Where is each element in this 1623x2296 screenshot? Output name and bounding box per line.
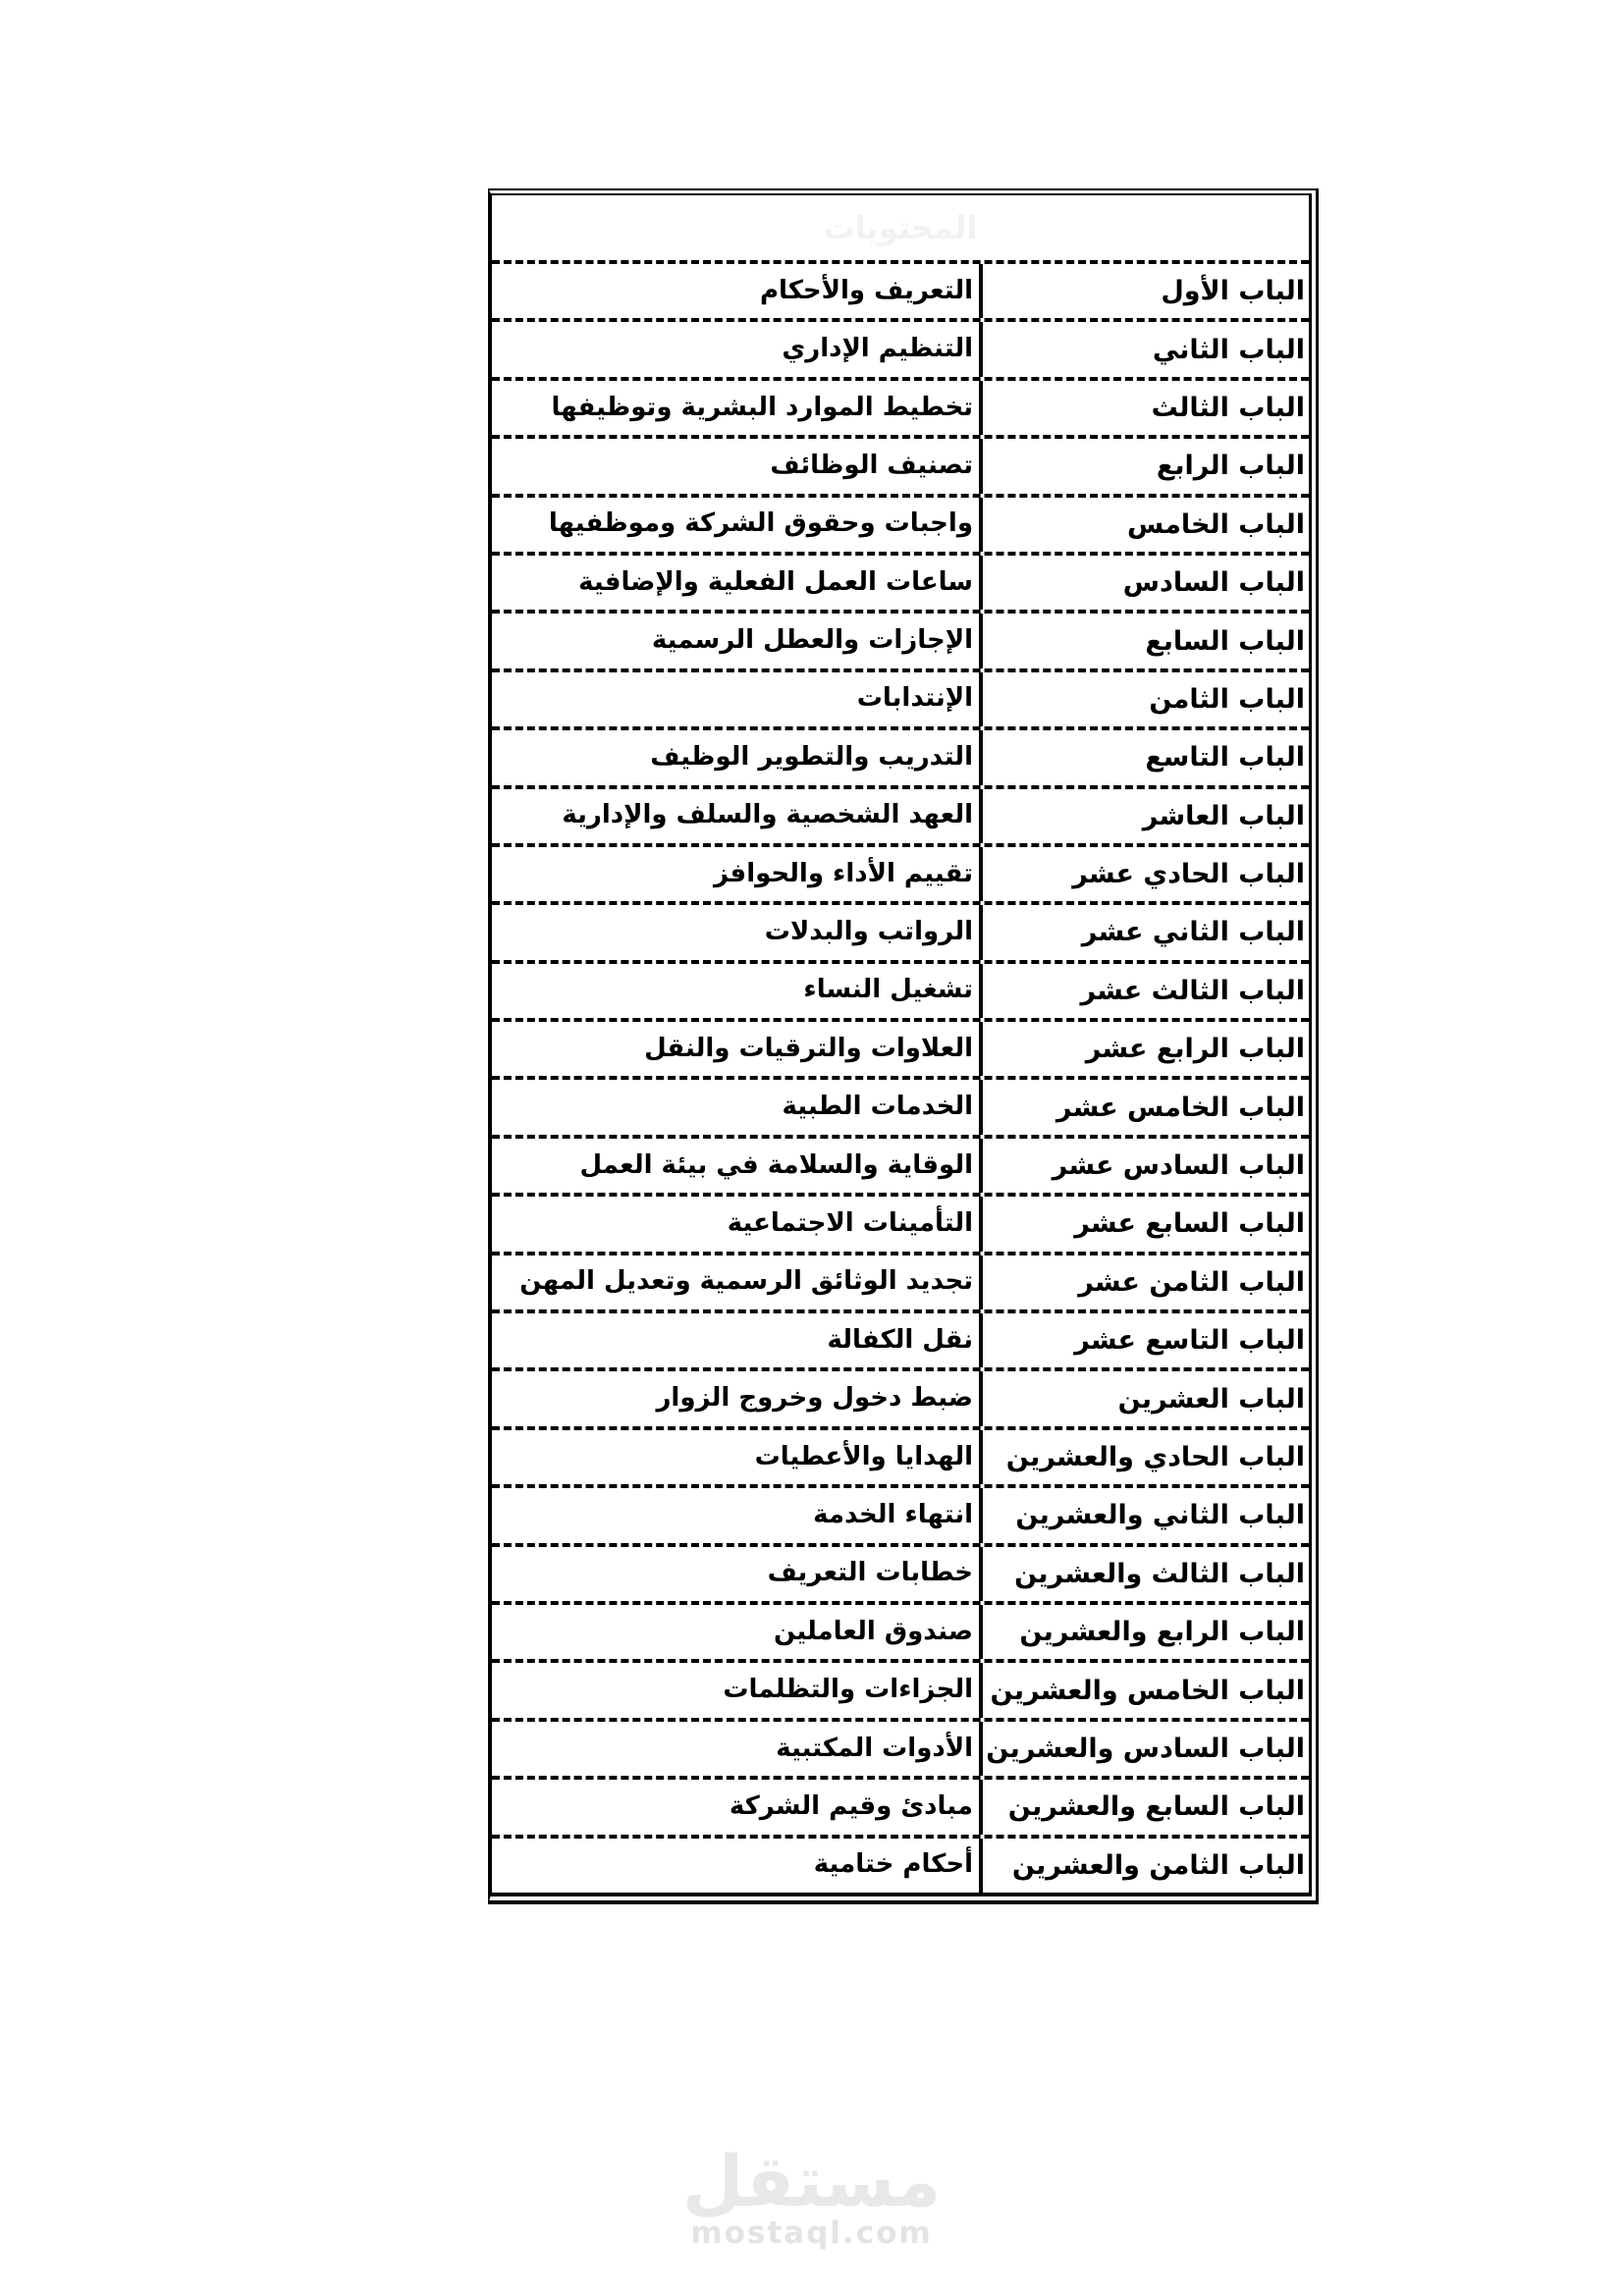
chapter-title-text: خطابات التعريف <box>768 1559 973 1588</box>
chapter-title-text: التأمينات الاجتماعية <box>728 1209 973 1239</box>
table-row: انتهاء الخدمة الباب الثاني والعشرين <box>492 1484 1309 1542</box>
chapter-name-text: الباب الثامن عشر <box>1078 1267 1305 1298</box>
chapter-title-text: الرواتب والبدلات <box>765 918 973 947</box>
chapter-title-cell: العهد الشخصية والسلف والإدارية <box>492 789 983 843</box>
chapter-title-cell: تقييم الأداء والحوافز <box>492 847 983 901</box>
table-row: الإجازات والعطل الرسمية الباب السابع <box>492 610 1309 667</box>
chapter-name-cell: الباب العشرين <box>983 1371 1309 1425</box>
chapter-name-cell: الباب الثامن عشر <box>983 1255 1309 1309</box>
chapter-title-cell: انتهاء الخدمة <box>492 1488 983 1542</box>
chapter-name-text: الباب السابع <box>1145 626 1305 657</box>
chapter-title-text: التعريف والأحكام <box>760 277 973 306</box>
chapter-title-text: نقل الكفالة <box>827 1326 973 1356</box>
chapter-name-cell: الباب السابع عشر <box>983 1197 1309 1251</box>
chapter-name-cell: الباب الثالث والعشرين <box>983 1547 1309 1601</box>
chapter-name-text: الباب السادس والعشرين <box>986 1734 1305 1764</box>
table-row: تقييم الأداء والحوافز الباب الحادي عشر <box>492 843 1309 901</box>
chapter-title-cell: الرواتب والبدلات <box>492 905 983 959</box>
chapter-name-text: الباب الثالث <box>1152 393 1305 423</box>
chapter-title-cell: واجبات وحقوق الشركة وموظفيها <box>492 498 983 552</box>
chapter-name-text: الباب الرابع والعشرين <box>1019 1617 1305 1647</box>
chapter-title-cell: مبادئ وقيم الشركة <box>492 1780 983 1834</box>
chapter-title-text: ضبط دخول وخروج الزوار <box>656 1384 973 1414</box>
chapter-name-cell: الباب الخامس عشر <box>983 1080 1309 1134</box>
chapter-name-text: الباب التاسع <box>1145 742 1305 773</box>
table-row: الهدايا والأعطيات الباب الحادي والعشرين <box>492 1426 1309 1484</box>
chapter-name-cell: الباب السادس والعشرين <box>983 1722 1309 1776</box>
chapter-title-text: الوقاية والسلامة في بيئة العمل <box>580 1151 973 1181</box>
document-page: المحتويات التعريف والأحكام الباب الأول ا… <box>0 0 1623 2296</box>
table-row: الجزاءات والتظلمات الباب الخامس والعشرين <box>492 1659 1309 1717</box>
chapter-title-cell: التنظيم الإداري <box>492 322 983 376</box>
chapter-title-text: التدريب والتطوير الوظيف <box>650 743 973 773</box>
table-row: العلاوات والترقيات والنقل الباب الرابع ع… <box>492 1018 1309 1076</box>
chapter-title-text: واجبات وحقوق الشركة وموظفيها <box>549 509 973 539</box>
chapter-title-cell: أحكام ختامية <box>492 1839 983 1893</box>
chapter-name-text: الباب الثالث عشر <box>1081 976 1305 1006</box>
table-row: ساعات العمل الفعلية والإضافية الباب السا… <box>492 552 1309 610</box>
table-row: الإنتدابات الباب الثامن <box>492 668 1309 726</box>
chapter-name-cell: الباب الرابع <box>983 439 1309 493</box>
chapter-name-text: الباب الخامس عشر <box>1056 1093 1305 1123</box>
toc-rows: التعريف والأحكام الباب الأول التنظيم الإ… <box>492 260 1309 1893</box>
chapter-title-text: تقييم الأداء والحوافز <box>714 860 973 889</box>
chapter-name-cell: الباب الثامن والعشرين <box>983 1839 1309 1893</box>
chapter-title-cell: الإنتدابات <box>492 672 983 726</box>
chapter-title-text: العهد الشخصية والسلف والإدارية <box>562 801 973 830</box>
table-row: مبادئ وقيم الشركة الباب السابع والعشرين <box>492 1776 1309 1834</box>
chapter-name-text: الباب الخامس والعشرين <box>991 1676 1305 1706</box>
chapter-title-text: تشغيل النساء <box>803 976 973 1005</box>
chapter-name-cell: الباب الحادي والعشرين <box>983 1430 1309 1484</box>
chapter-title-cell: نقل الكفالة <box>492 1313 983 1367</box>
table-row: أحكام ختامية الباب الثامن والعشرين <box>492 1835 1309 1893</box>
chapter-title-cell: تشغيل النساء <box>492 964 983 1018</box>
chapter-title-cell: خطابات التعريف <box>492 1547 983 1601</box>
chapter-name-cell: الباب التاسع <box>983 730 1309 784</box>
chapter-title-text: العلاوات والترقيات والنقل <box>644 1035 973 1064</box>
table-row: التنظيم الإداري الباب الثاني <box>492 318 1309 376</box>
chapter-name-text: الباب السادس عشر <box>1053 1150 1305 1181</box>
chapter-name-cell: الباب الثالث <box>983 381 1309 435</box>
chapter-name-cell: الباب الثامن <box>983 672 1309 726</box>
chapter-title-cell: تصنيف الوظائف <box>492 439 983 493</box>
chapter-title-text: تصنيف الوظائف <box>770 452 973 481</box>
table-row: صندوق العاملين الباب الرابع والعشرين <box>492 1601 1309 1659</box>
chapter-title-text: تجديد الوثائق الرسمية وتعديل المهن <box>519 1267 973 1297</box>
table-row: تشغيل النساء الباب الثالث عشر <box>492 960 1309 1018</box>
chapter-name-cell: الباب الرابع والعشرين <box>983 1605 1309 1659</box>
chapter-name-cell: الباب الحادي عشر <box>983 847 1309 901</box>
table-row: نقل الكفالة الباب التاسع عشر <box>492 1309 1309 1367</box>
chapter-title-cell: تخطيط الموارد البشرية وتوظيفها <box>492 381 983 435</box>
chapter-name-text: الباب الثاني والعشرين <box>1015 1500 1305 1530</box>
chapter-title-text: الخدمات الطبية <box>783 1093 973 1122</box>
chapter-name-text: الباب الأول <box>1161 276 1305 306</box>
chapter-title-cell: الهدايا والأعطيات <box>492 1430 983 1484</box>
table-row: الوقاية والسلامة في بيئة العمل الباب الس… <box>492 1135 1309 1193</box>
chapter-name-text: الباب التاسع عشر <box>1074 1325 1305 1356</box>
table-row: الخدمات الطبية الباب الخامس عشر <box>492 1076 1309 1134</box>
chapter-name-text: الباب الحادي عشر <box>1072 859 1305 889</box>
chapter-name-cell: الباب السابع والعشرين <box>983 1780 1309 1834</box>
chapter-title-text: صندوق العاملين <box>774 1618 973 1647</box>
chapter-name-cell: الباب التاسع عشر <box>983 1313 1309 1367</box>
chapter-title-cell: تجديد الوثائق الرسمية وتعديل المهن <box>492 1255 983 1309</box>
watermark-site-text: mostaql.com <box>0 2216 1623 2250</box>
chapter-name-text: الباب العشرين <box>1118 1384 1305 1415</box>
toc-header: المحتويات <box>492 195 1309 260</box>
chapter-name-cell: الباب السابع <box>983 614 1309 667</box>
table-row: الأدوات المكتبية الباب السادس والعشرين <box>492 1718 1309 1776</box>
chapter-title-text: أحكام ختامية <box>814 1850 973 1880</box>
chapter-name-text: الباب الثامن <box>1149 684 1305 715</box>
chapter-title-text: مبادئ وقيم الشركة <box>730 1792 973 1822</box>
chapter-title-cell: التأمينات الاجتماعية <box>492 1197 983 1251</box>
chapter-title-text: انتهاء الخدمة <box>813 1501 973 1530</box>
chapter-name-text: الباب الثاني <box>1153 335 1305 365</box>
table-row: التدريب والتطوير الوظيف الباب التاسع <box>492 726 1309 784</box>
chapter-name-cell: الباب الخامس والعشرين <box>983 1663 1309 1717</box>
chapter-name-text: الباب الثامن والعشرين <box>1012 1850 1305 1881</box>
chapter-title-text: تخطيط الموارد البشرية وتوظيفها <box>552 394 973 423</box>
chapter-name-cell: الباب الثاني <box>983 322 1309 376</box>
table-row: الرواتب والبدلات الباب الثاني عشر <box>492 901 1309 959</box>
watermark: مستقل mostaql.com <box>0 2146 1623 2250</box>
chapter-title-text: ساعات العمل الفعلية والإضافية <box>578 568 973 598</box>
chapter-title-text: الإنتدابات <box>857 684 973 714</box>
chapter-name-cell: الباب الثاني عشر <box>983 905 1309 959</box>
chapter-name-text: الباب السابع عشر <box>1074 1208 1305 1239</box>
chapter-title-cell: الخدمات الطبية <box>492 1080 983 1134</box>
toc-table: المحتويات التعريف والأحكام الباب الأول ا… <box>488 188 1319 1904</box>
chapter-title-cell: التعريف والأحكام <box>492 264 983 318</box>
chapter-title-cell: الأدوات المكتبية <box>492 1722 983 1776</box>
chapter-name-text: الباب العاشر <box>1143 801 1305 831</box>
chapter-name-cell: الباب السادس عشر <box>983 1139 1309 1193</box>
chapter-title-text: الأدوات المكتبية <box>776 1735 973 1764</box>
chapter-name-text: الباب الثاني عشر <box>1082 917 1305 947</box>
chapter-name-text: الباب السادس <box>1123 567 1305 598</box>
chapter-name-text: الباب الثالث والعشرين <box>1014 1559 1305 1589</box>
chapter-name-cell: الباب الثاني والعشرين <box>983 1488 1309 1542</box>
chapter-name-cell: الباب الأول <box>983 264 1309 318</box>
table-row: تخطيط الموارد البشرية وتوظيفها الباب الث… <box>492 377 1309 435</box>
chapter-title-cell: العلاوات والترقيات والنقل <box>492 1022 983 1076</box>
chapter-title-text: الجزاءات والتظلمات <box>723 1676 973 1705</box>
table-row: تجديد الوثائق الرسمية وتعديل المهن الباب… <box>492 1252 1309 1309</box>
chapter-title-cell: صندوق العاملين <box>492 1605 983 1659</box>
chapter-name-cell: الباب العاشر <box>983 789 1309 843</box>
chapter-name-cell: الباب الخامس <box>983 498 1309 552</box>
table-row: واجبات وحقوق الشركة وموظفيها الباب الخام… <box>492 494 1309 552</box>
chapter-title-cell: التدريب والتطوير الوظيف <box>492 730 983 784</box>
table-row: التعريف والأحكام الباب الأول <box>492 260 1309 318</box>
chapter-name-text: الباب الخامس <box>1127 509 1305 540</box>
chapter-name-text: الباب الرابع عشر <box>1086 1034 1305 1064</box>
chapter-title-text: التنظيم الإداري <box>782 335 973 364</box>
toc-header-title: المحتويات <box>824 209 978 246</box>
chapter-title-cell: الإجازات والعطل الرسمية <box>492 614 983 667</box>
chapter-name-text: الباب السابع والعشرين <box>1008 1791 1305 1822</box>
chapter-title-cell: الجزاءات والتظلمات <box>492 1663 983 1717</box>
chapter-title-cell: ساعات العمل الفعلية والإضافية <box>492 556 983 610</box>
chapter-name-text: الباب الحادي والعشرين <box>1006 1442 1305 1472</box>
chapter-name-text: الباب الرابع <box>1157 451 1305 481</box>
mostaql-logo: مستقل <box>0 2146 1623 2216</box>
chapter-name-cell: الباب الرابع عشر <box>983 1022 1309 1076</box>
table-row: ضبط دخول وخروج الزوار الباب العشرين <box>492 1367 1309 1425</box>
table-row: العهد الشخصية والسلف والإدارية الباب الع… <box>492 785 1309 843</box>
table-row: تصنيف الوظائف الباب الرابع <box>492 435 1309 493</box>
chapter-title-text: الهدايا والأعطيات <box>755 1443 973 1472</box>
chapter-name-cell: الباب الثالث عشر <box>983 964 1309 1018</box>
chapter-title-cell: ضبط دخول وخروج الزوار <box>492 1371 983 1425</box>
table-row: خطابات التعريف الباب الثالث والعشرين <box>492 1543 1309 1601</box>
table-row: التأمينات الاجتماعية الباب السابع عشر <box>492 1193 1309 1251</box>
chapter-title-cell: الوقاية والسلامة في بيئة العمل <box>492 1139 983 1193</box>
chapter-name-cell: الباب السادس <box>983 556 1309 610</box>
chapter-title-text: الإجازات والعطل الرسمية <box>652 626 973 656</box>
